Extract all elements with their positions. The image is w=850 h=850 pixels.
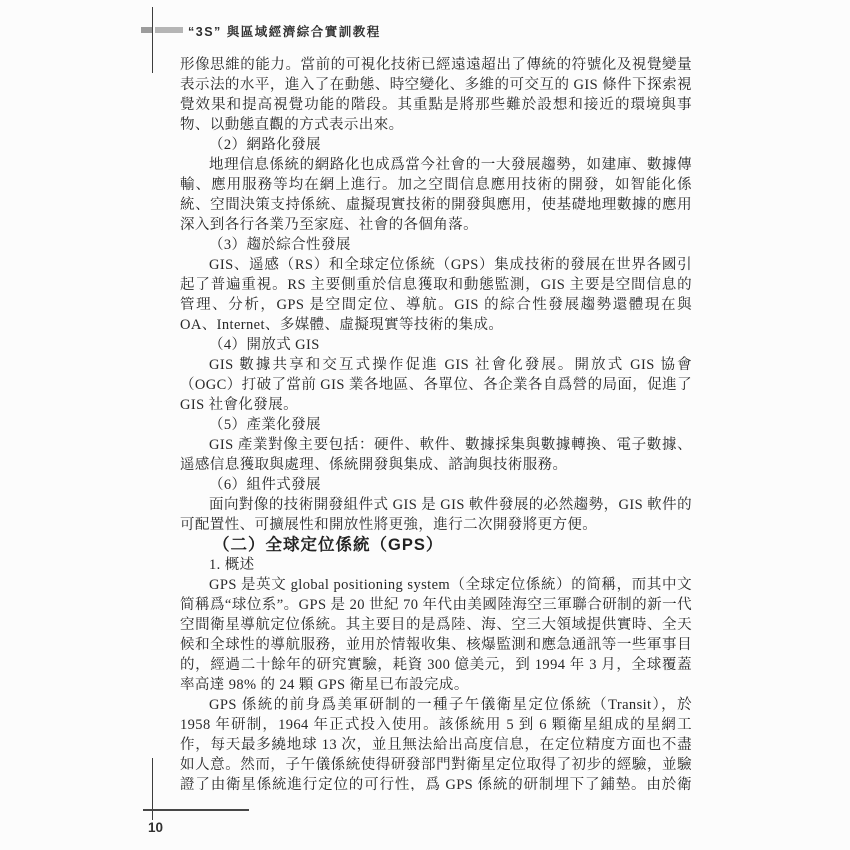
list-heading-component-development: （6）組件式發展 (180, 475, 692, 495)
paragraph-component-development: 面向對像的技術開發組件式 GIS 是 GIS 軟件發展的必然趨勢，GIS 軟件的… (180, 495, 692, 535)
list-heading-open-gis: （4）開放式 GIS (180, 335, 692, 355)
top-crop-mark-line (152, 7, 153, 73)
body-text-block: 形像思維的能力。當前的可視化技術已經遠遠超出了傳統的符號化及視覺變量表示法的水平… (180, 55, 692, 791)
paragraph-industrialization: GIS 產業對像主要包括：硬件、軟件、數據採集與數據轉換、電子數據、遥感信息獲取… (180, 435, 692, 475)
page-number: 10 (148, 820, 163, 835)
paragraph-visualization-continuation: 形像思維的能力。當前的可視化技術已經遠遠超出了傳統的符號化及視覺變量表示法的水平… (180, 55, 692, 135)
section-heading-gps: （二）全球定位係統（GPS） (180, 535, 692, 555)
list-heading-integrated-development: （3）趨於綜合性發展 (180, 235, 692, 255)
list-heading-network-development: （2）網路化發展 (180, 135, 692, 155)
paragraph-network-development: 地理信息係統的網路化也成爲當今社會的一大發展趨勢，如建庫、數據傳輸、應用服務等均… (180, 155, 692, 235)
subheading-overview: 1. 概述 (180, 555, 692, 575)
paragraph-integrated-development: GIS、遥感（RS）和全球定位係統（GPS）集成技術的發展在世界各國引起了普遍重… (180, 255, 692, 335)
paragraph-gps-intro: GPS 是英文 global positioning system（全球定位係統… (180, 575, 692, 695)
paragraph-gps-history: GPS 係統的前身爲美軍研制的一種子午儀衛星定位係統（Transit），於 19… (180, 695, 692, 791)
footer-rule (143, 809, 249, 811)
header-bar-segment-right (155, 27, 183, 33)
list-heading-industrialization: （5）產業化發展 (180, 415, 692, 435)
header-bar-segment-left (141, 27, 152, 33)
running-header-title: “3S” 與區域經濟綜合實訓教程 (188, 22, 381, 40)
paragraph-open-gis: GIS 數據共享和交互式操作促進 GIS 社會化發展。開放式 GIS 協會（OG… (180, 355, 692, 415)
book-page: “3S” 與區域經濟綜合實訓教程 形像思維的能力。當前的可視化技術已經遠遠超出了… (0, 0, 850, 850)
